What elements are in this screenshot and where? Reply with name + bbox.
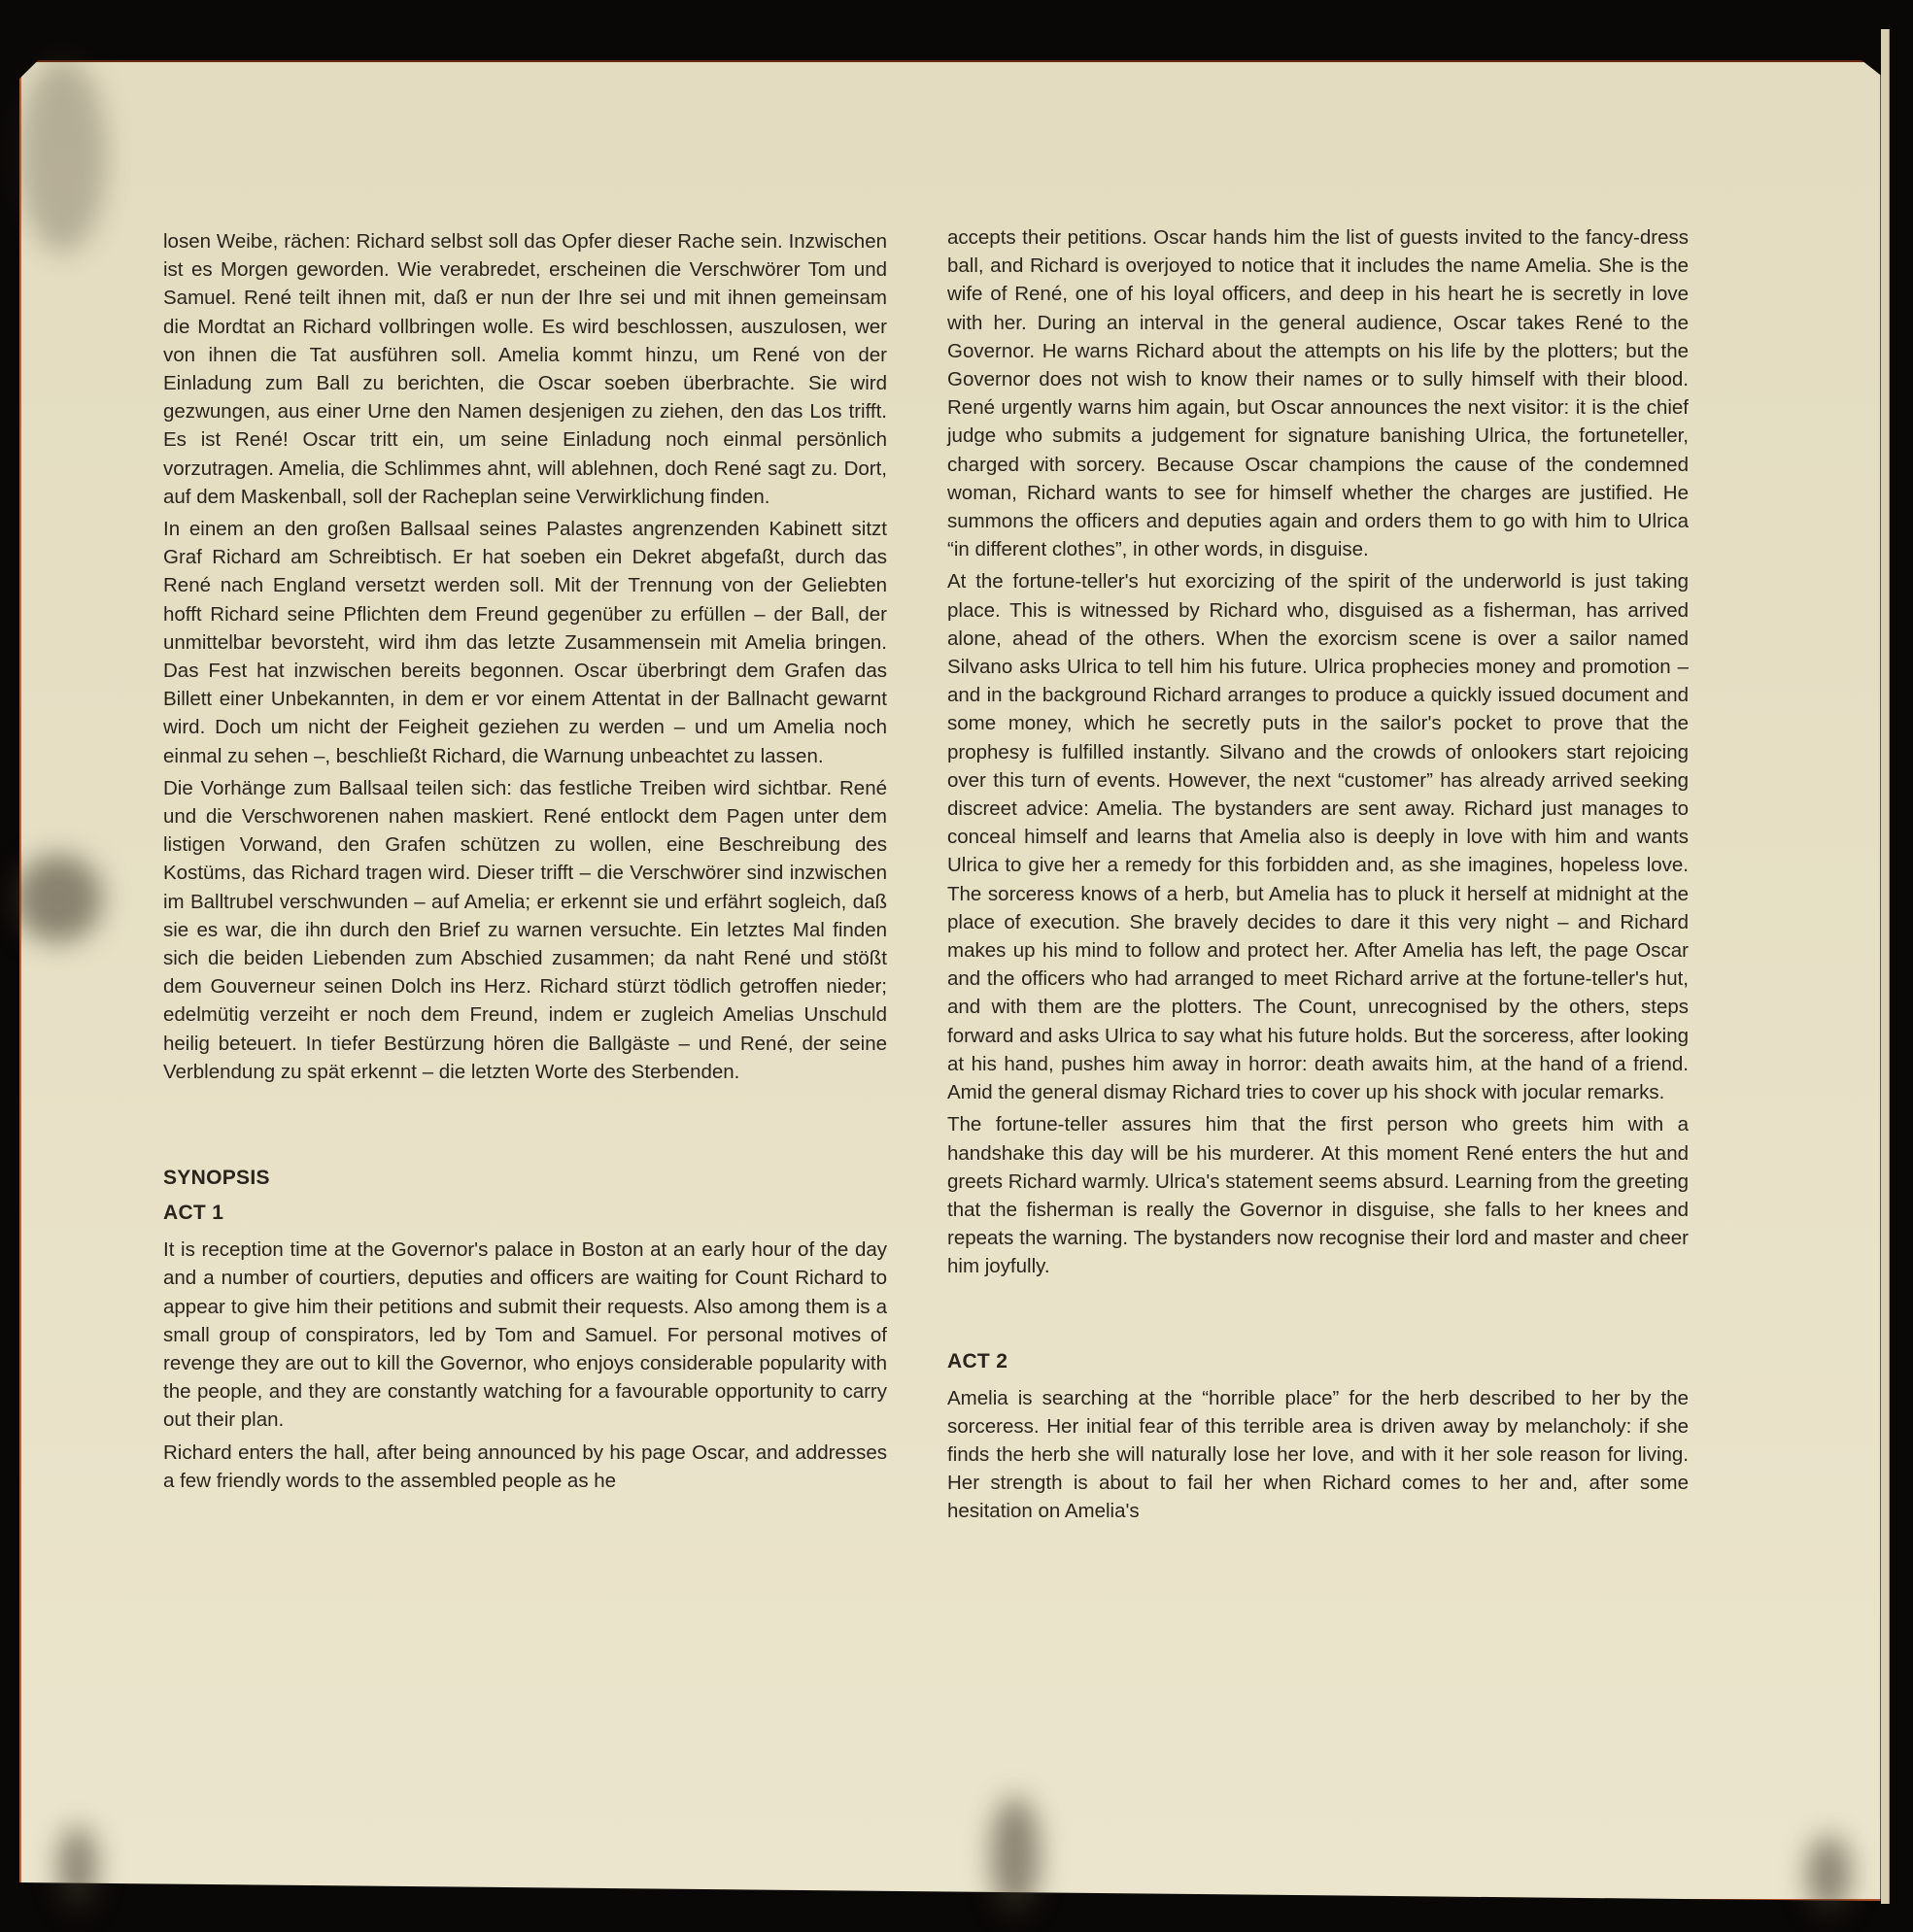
page-edge: [1881, 29, 1890, 1904]
act1-paragraph: It is reception time at the Governor's p…: [163, 1236, 887, 1434]
synopsis-heading: SYNOPSIS: [163, 1164, 887, 1193]
act1-paragraph: Richard enters the hall, after being ann…: [163, 1439, 887, 1495]
german-paragraph: In einem an den großen Ballsaal seines P…: [163, 515, 887, 770]
german-paragraph: losen Weibe, rächen: Richard selbst soll…: [163, 227, 887, 511]
finger-shadow-left-mid: [15, 855, 102, 942]
finger-shadow-bottom-left: [58, 1826, 97, 1909]
act1-paragraph: accepts their petitions. Oscar hands him…: [947, 223, 1689, 563]
left-column: losen Weibe, rächen: Richard selbst soll…: [163, 227, 887, 1499]
act1-paragraph: The fortune-teller assures him that the …: [947, 1110, 1689, 1280]
act1-heading: ACT 1: [163, 1199, 887, 1228]
act1-paragraph: At the fortune-teller's hut exorcizing o…: [947, 567, 1689, 1106]
german-paragraph: Die Vorhänge zum Ballsaal teilen sich: d…: [163, 774, 887, 1086]
right-column: accepts their petitions. Oscar hands him…: [947, 223, 1689, 1530]
finger-shadow-bottom-center: [991, 1797, 1040, 1914]
section-gap: [947, 1285, 1689, 1347]
finger-shadow-left-top: [19, 58, 107, 253]
section-gap: [163, 1090, 887, 1164]
act2-paragraph: Amelia is searching at the “horrible pla…: [947, 1384, 1689, 1526]
act2-heading: ACT 2: [947, 1347, 1689, 1376]
finger-shadow-bottom-right: [1807, 1836, 1851, 1914]
